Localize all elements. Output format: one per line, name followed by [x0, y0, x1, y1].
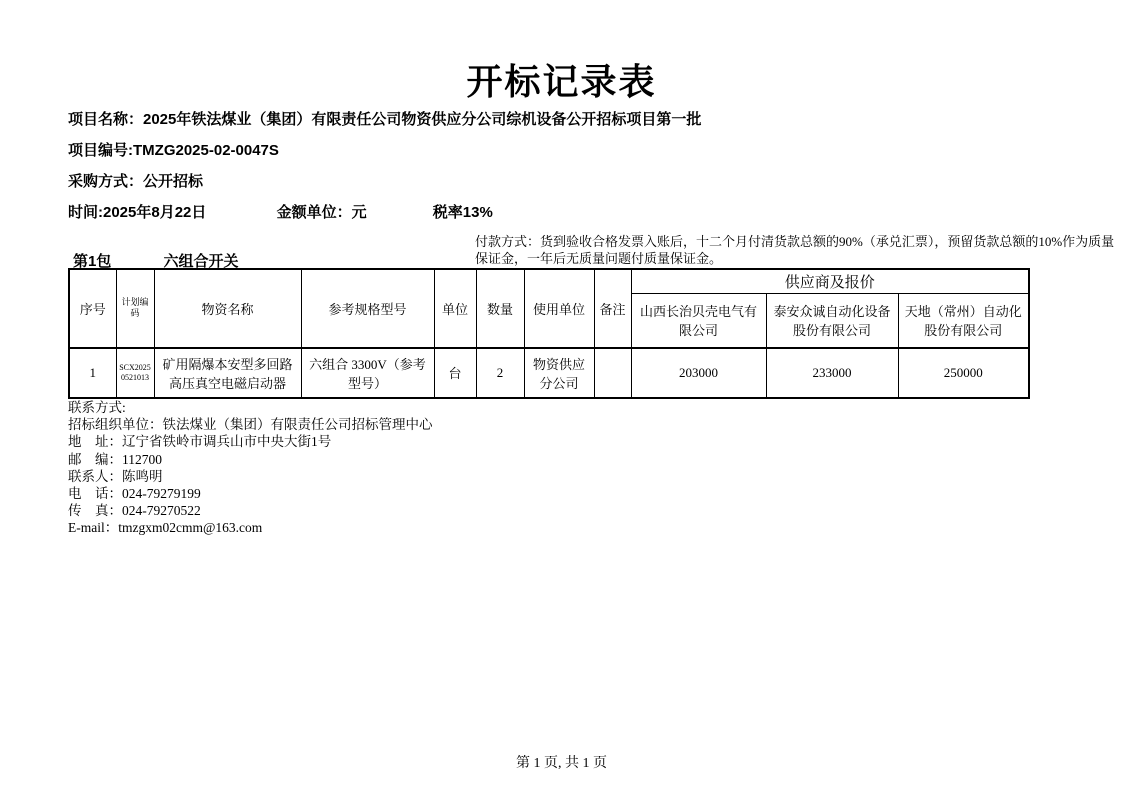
col-header-unit: 单位 — [434, 269, 476, 348]
cell-bid-2: 233000 — [766, 348, 898, 398]
contact-person: 联系人：陈鸣明 — [68, 468, 433, 485]
contact-block: 联系方式: 招标组织单位：铁法煤业（集团）有限责任公司招标管理中心 地 址：辽宁… — [68, 399, 433, 537]
col-header-plan-code: 计划编码 — [116, 269, 154, 348]
supplier-header-2: 泰安众诚自动化设备股份有限公司 — [766, 294, 898, 348]
cell-remark — [594, 348, 631, 398]
page-title: 开标记录表 — [0, 54, 1123, 105]
time-line: 时间:2025年8月22日 金额单位：元 税率13% — [68, 197, 701, 228]
contact-phone: 电 话：024-79279199 — [68, 485, 433, 502]
payment-terms-note: 付款方式：货到验收合格发票入账后，十二个月付清货款总额的90%（承兑汇票），预留… — [475, 234, 1123, 267]
cell-spec: 六组合 3300V（参考型号） — [301, 348, 434, 398]
col-header-spec: 参考规格型号 — [301, 269, 434, 348]
project-name-line: 项目名称：2025年铁法煤业（集团）有限责任公司物资供应分公司综机设备公开招标项… — [68, 104, 701, 135]
contact-organizer: 招标组织单位：铁法煤业（集团）有限责任公司招标管理中心 — [68, 416, 433, 433]
procurement-method-line: 采购方式：公开招标 — [68, 166, 701, 197]
table-row: 1 SCX20250521013 矿用隔爆本安型多回路高压真空电磁启动器 六组合… — [69, 348, 1029, 398]
cell-seq: 1 — [69, 348, 116, 398]
cell-material: 矿用隔爆本安型多回路高压真空电磁启动器 — [154, 348, 301, 398]
contact-heading: 联系方式: — [68, 399, 433, 416]
project-code-line: 项目编号:TMZG2025-02-0047S — [68, 135, 701, 166]
cell-qty: 2 — [476, 348, 524, 398]
supplier-header-3: 天地（常州）自动化股份有限公司 — [898, 294, 1029, 348]
document-page: 开标记录表 项目名称：2025年铁法煤业（集团）有限责任公司物资供应分公司综机设… — [0, 0, 1123, 794]
col-header-remark: 备注 — [594, 269, 631, 348]
project-info-block: 项目名称：2025年铁法煤业（集团）有限责任公司物资供应分公司综机设备公开招标项… — [68, 104, 701, 228]
cell-bid-1: 203000 — [631, 348, 766, 398]
cell-user-unit: 物资供应分公司 — [524, 348, 594, 398]
contact-address: 地 址：辽宁省铁岭市调兵山市中央大街1号 — [68, 433, 433, 450]
contact-postcode: 邮 编：112700 — [68, 451, 433, 468]
page-number-footer: 第 1 页, 共 1 页 — [0, 752, 1123, 772]
bid-opening-table: 序号 计划编码 物资名称 参考规格型号 单位 数量 使用单位 备注 供应商及报价… — [68, 268, 1030, 399]
col-header-user-unit: 使用单位 — [524, 269, 594, 348]
cell-bid-3: 250000 — [898, 348, 1029, 398]
contact-fax: 传 真：024-79270522 — [68, 502, 433, 519]
supplier-group-header: 供应商及报价 — [631, 269, 1029, 294]
tax-rate: 税率13% — [433, 204, 493, 221]
col-header-qty: 数量 — [476, 269, 524, 348]
cell-unit: 台 — [434, 348, 476, 398]
cell-plan-code: SCX20250521013 — [116, 348, 154, 398]
col-header-material: 物资名称 — [154, 269, 301, 348]
contact-email: E-mail：tmzgxm02cmm@163.com — [68, 519, 433, 536]
amount-unit: 金额单位：元 — [277, 204, 367, 221]
supplier-group-header-row: 序号 计划编码 物资名称 参考规格型号 单位 数量 使用单位 备注 供应商及报价 — [69, 269, 1029, 294]
time-value: 时间:2025年8月22日 — [68, 204, 206, 221]
supplier-header-1: 山西长治贝壳电气有限公司 — [631, 294, 766, 348]
col-header-seq: 序号 — [69, 269, 116, 348]
